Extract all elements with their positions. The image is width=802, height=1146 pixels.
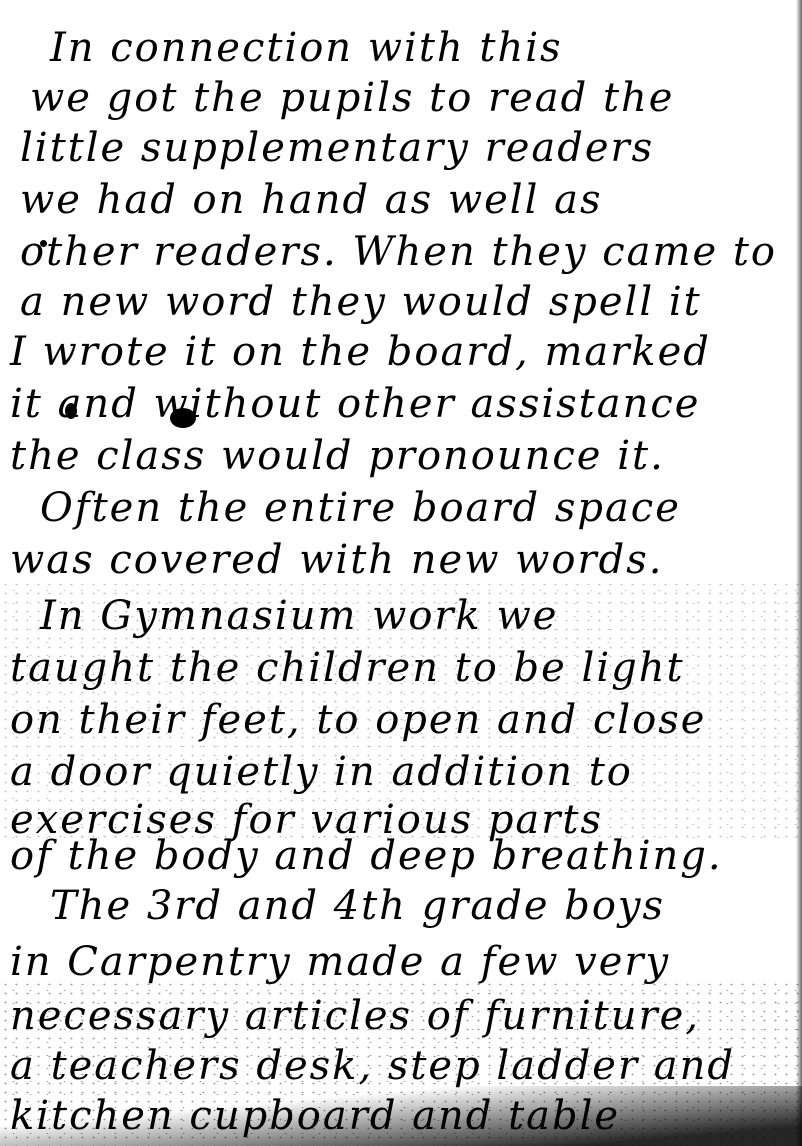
text-line-11: was covered with new words. xyxy=(10,540,663,580)
text-line-4: we had on hand as well as xyxy=(20,180,602,220)
text-line-2: we got the pupils to read the xyxy=(30,78,674,118)
text-line-10: Often the entire board space xyxy=(40,488,681,528)
ink-blot xyxy=(170,408,196,428)
text-line-9: the class would pronounce it. xyxy=(10,436,665,476)
text-line-14: on their feet, to open and close xyxy=(10,700,706,740)
text-line-17: of the body and deep breathing. xyxy=(10,836,723,876)
text-line-21: a teachers desk, step ladder and xyxy=(10,1046,735,1086)
ink-blot xyxy=(65,403,77,419)
text-line-12: In Gymnasium work we xyxy=(40,596,558,636)
ink-dot xyxy=(40,240,47,247)
text-line-13: taught the children to be light xyxy=(10,648,685,688)
scan-smudge xyxy=(0,1086,802,1146)
text-line-20: necessary articles of furniture, xyxy=(10,996,700,1036)
scan-edge xyxy=(796,0,802,1146)
text-line-15: a door quietly in addition to xyxy=(10,752,633,792)
text-line-6: a new word they would spell it xyxy=(20,282,702,322)
text-line-8: it and without other assistance xyxy=(10,384,700,424)
text-line-19: in Carpentry made a few very xyxy=(10,942,670,982)
text-line-18: The 3rd and 4th grade boys xyxy=(50,886,665,926)
text-line-1: In connection with this xyxy=(50,28,563,68)
text-line-5: other readers. When they came to xyxy=(20,232,777,272)
text-line-3: little supplementary readers xyxy=(20,128,654,168)
text-line-7: I wrote it on the board, marked xyxy=(10,332,711,372)
handwritten-page: In connection with this we got the pupil… xyxy=(0,0,802,1146)
